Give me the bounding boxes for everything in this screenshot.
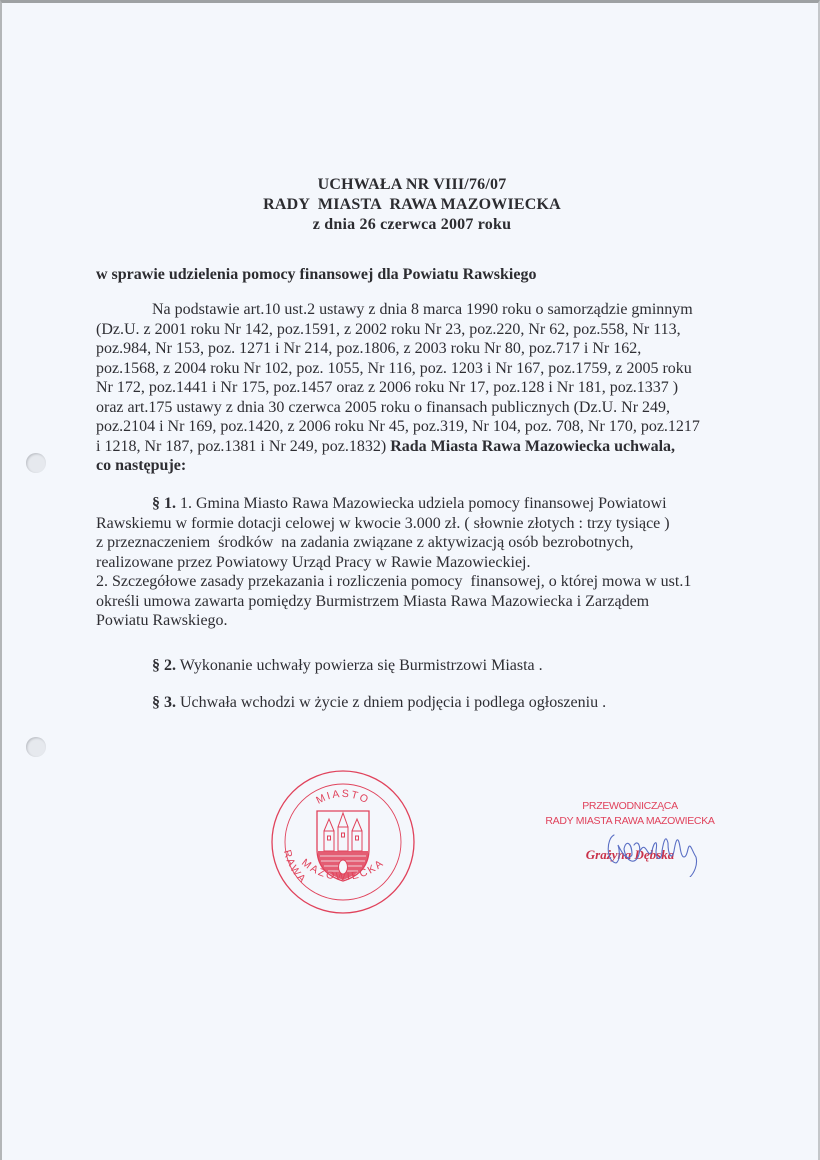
text-line: realizowane przez Powiatowy Urząd Pracy … — [96, 553, 736, 573]
text-line: 2. Szczegółowe zasady przekazania i rozl… — [96, 572, 736, 592]
text-line: Nr 172, poz.1441 i Nr 175, poz.1457 oraz… — [96, 378, 736, 398]
section-2: § 2. Wykonanie uchwały powierza się Burm… — [96, 656, 736, 676]
section-mark: § 3. — [152, 694, 176, 711]
resolution-title: UCHWAŁA NR VIII/76/07 — [2, 175, 820, 195]
section-mark: § 2. — [152, 657, 176, 674]
legal-basis-paragraph: Na podstawie art.10 ust.2 ustawy z dnia … — [96, 300, 736, 476]
text-line: i 1218, Nr 187, poz.1381 i Nr 249, poz.1… — [96, 437, 736, 457]
section-3: § 3. Uchwała wchodzi w życie z dniem pod… — [96, 693, 736, 713]
text-line: Powiatu Rawskiego. — [96, 611, 736, 631]
section-1: § 1. 1. Gmina Miasto Rawa Mazowiecka udz… — [96, 494, 736, 631]
text-line: Na podstawie art.10 ust.2 ustawy z dnia … — [96, 300, 736, 320]
text-line: oraz art.175 ustawy z dnia 30 czerwca 20… — [96, 398, 736, 418]
section-mark: § 1. — [152, 495, 176, 512]
punch-hole — [26, 737, 46, 757]
text-line: Rawskiemu w formie dotacji celowej w kwo… — [96, 514, 736, 534]
section-text: Wykonanie uchwały powierza się Burmistrz… — [176, 657, 543, 674]
text-line: z przeznaczeniem środków na zadania zwią… — [96, 533, 736, 553]
text-line: określi umowa zawarta pomiędzy Burmistrz… — [96, 592, 736, 612]
resolution-subject: w sprawie udzielenia pomocy finansowej d… — [96, 266, 536, 284]
resolution-issuer: RADY MIASTA RAWA MAZOWIECKA — [2, 195, 820, 215]
handwritten-signature — [602, 821, 702, 877]
text-line: poz.2104 i Nr 169, poz.1420, z 2006 roku… — [96, 417, 736, 437]
resolution-date: z dnia 26 czerwca 2007 roku — [2, 215, 820, 235]
section-text: Uchwała wchodzi w życie z dniem podjęcia… — [176, 694, 606, 711]
punch-hole — [26, 453, 46, 473]
coat-of-arms-icon — [317, 811, 369, 881]
city-seal-stamp: MIASTO MAZOWIECKA — [270, 769, 416, 915]
as-follows: co następuje: — [96, 456, 736, 476]
text-plain: i 1218, Nr 187, poz.1381 i Nr 249, poz.1… — [96, 438, 390, 455]
stamp-top-text: MIASTO — [314, 788, 372, 807]
text-line: (Dz.U. z 2001 roku Nr 142, poz.1591, z 2… — [96, 320, 736, 340]
text-line: § 3. Uchwała wchodzi w życie z dniem pod… — [96, 693, 736, 713]
section-text: 1. Gmina Miasto Rawa Mazowiecka udziela … — [176, 495, 667, 512]
signature-title-line1: PRZEWODNICZĄCA — [530, 799, 730, 814]
text-line: poz.984, Nr 153, poz. 1271 i Nr 214, poz… — [96, 339, 736, 359]
text-line: § 2. Wykonanie uchwały powierza się Burm… — [96, 656, 736, 676]
resolution-header: UCHWAŁA NR VIII/76/07 RADY MIASTA RAWA M… — [2, 175, 820, 235]
text-line: poz.1568, z 2004 roku Nr 102, poz. 1055,… — [96, 359, 736, 379]
text-line: § 1. 1. Gmina Miasto Rawa Mazowiecka udz… — [96, 494, 736, 514]
council-resolves: Rada Miasta Rawa Mazowiecka uchwala, — [390, 438, 675, 455]
document-page: UCHWAŁA NR VIII/76/07 RADY MIASTA RAWA M… — [0, 0, 820, 1160]
